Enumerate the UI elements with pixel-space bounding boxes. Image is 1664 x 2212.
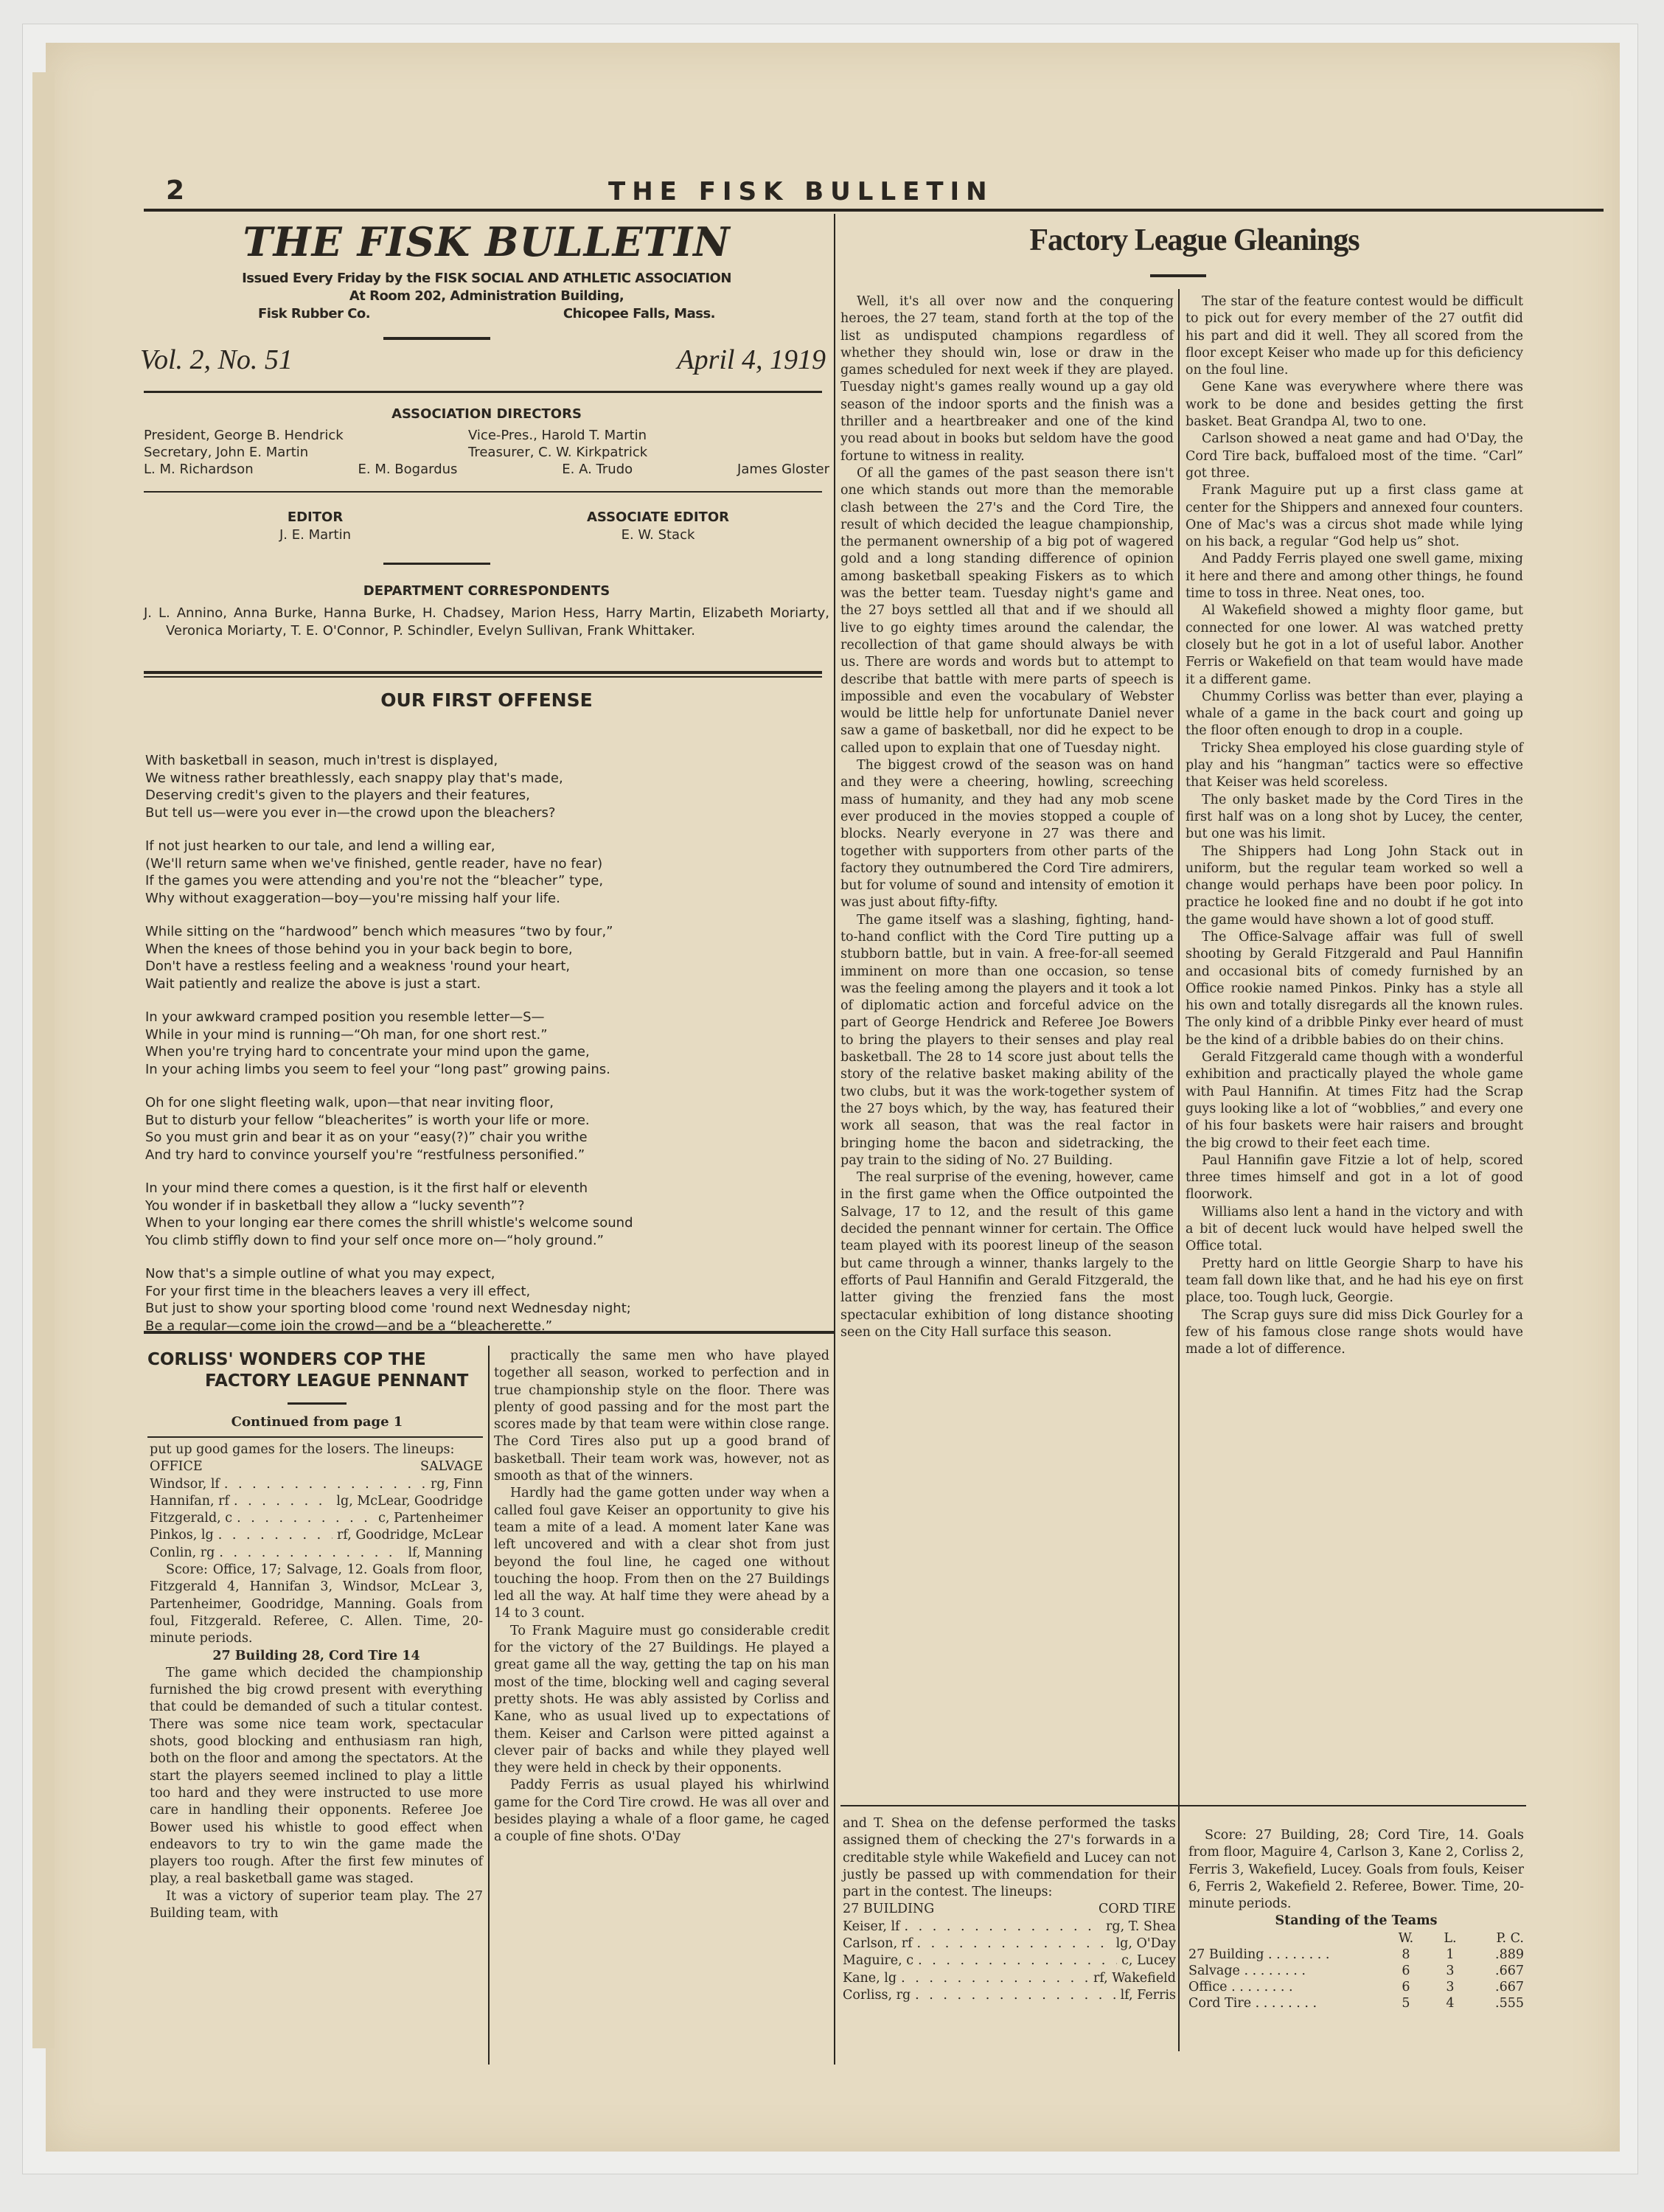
article-paragraph: Al Wakefield showed a mighty floor game,… — [1186, 602, 1523, 688]
player-right: rf, Goodridge, McLear — [337, 1527, 483, 1544]
poem-line: Deserving credit's given to the players … — [145, 787, 831, 804]
standings-row: Salvage . . . . . . . .63.667 — [1188, 1963, 1524, 1979]
directors-heading: ASSOCIATION DIRECTORS — [144, 406, 829, 422]
article-paragraph: Gene Kane was everywhere where there was… — [1186, 379, 1523, 431]
lineup-row: Pinkos, lg. . . . . . . . . . . . . . . … — [150, 1527, 483, 1544]
article-column-4: Score: 27 Building, 28; Cord Tire, 14. G… — [1188, 1827, 1524, 2011]
player-left: Pinkos, lg — [150, 1527, 214, 1544]
player-left: Fitzgerald, c — [150, 1510, 232, 1527]
running-title: THE FISK BULLETIN — [608, 177, 994, 206]
leader-dots: . . . . . . . . . . . . . . . . . . . . … — [915, 1987, 1115, 2004]
col-header: L. — [1428, 1930, 1472, 1947]
article-paragraph: To Frank Maguire must go considerable cr… — [494, 1623, 829, 1778]
article-paragraph: The game itself was a slashing, fighting… — [840, 912, 1174, 1169]
article-paragraph: It was a victory of superior team play. … — [150, 1888, 483, 1923]
leader-dots: . . . . . . . . . . . . . . . . . . . . … — [901, 1970, 1089, 1987]
poem-stanza: In your awkward cramped position you res… — [145, 1009, 831, 1078]
masthead-title: THE FISK BULLETIN — [144, 218, 829, 265]
poem-line: But to disturb your fellow “bleacherites… — [145, 1112, 831, 1130]
col-header: P. C. — [1472, 1930, 1524, 1947]
player-right: rg, Finn — [431, 1476, 483, 1493]
poem-line: When to your longing ear there comes the… — [145, 1214, 831, 1232]
headline-line: FACTORY LEAGUE PENNANT — [147, 1371, 487, 1392]
lineup-header: 27 BUILDINGCORD TIRE — [843, 1901, 1176, 1918]
team-name: SALVAGE — [420, 1458, 483, 1475]
article-paragraph: Pretty hard on little Georgie Sharp to h… — [1186, 1256, 1523, 1307]
team-name: 27 BUILDING — [843, 1901, 934, 1918]
losses: 3 — [1428, 1979, 1472, 1995]
player-right: rf, Wakefield — [1093, 1970, 1176, 1987]
team-name: Salvage . . . . . . . . — [1188, 1963, 1384, 1979]
continued-note: Continued from page 1 — [147, 1414, 487, 1430]
player-right: lg, McLear, Goodridge — [336, 1493, 483, 1510]
location: Chicopee Falls, Mass. — [563, 305, 715, 323]
player-left: Maguire, c — [843, 1952, 913, 1969]
article-paragraph: The Scrap guys sure did miss Dick Gourle… — [1186, 1307, 1523, 1359]
losses: 1 — [1428, 1947, 1472, 1963]
lineup-row: Carlson, rf. . . . . . . . . . . . . . .… — [843, 1935, 1176, 1952]
section-rule-thick — [144, 671, 822, 674]
director: Treasurer, C. W. Kirkpatrick — [468, 444, 822, 461]
poem-line: And try hard to convince yourself you're… — [145, 1147, 831, 1164]
lineup-row: Kane, lg. . . . . . . . . . . . . . . . … — [843, 1970, 1176, 1987]
poem-line: So you must grin and bear it as on your … — [145, 1129, 831, 1147]
team-name: OFFICE — [150, 1458, 203, 1475]
header-rule — [144, 209, 1604, 212]
article-paragraph: The only basket made by the Cord Tires i… — [1186, 792, 1523, 844]
gleanings-bottom-rule — [840, 1805, 1526, 1806]
address-line: At Room 202, Administration Building, — [140, 288, 833, 305]
poem-title: OUR FIRST OFFENSE — [144, 689, 829, 711]
standings-title: Standing of the Teams — [1188, 1913, 1524, 1930]
wins: 5 — [1384, 1995, 1428, 2011]
poem-stanza: With basketball in season, much in'trest… — [145, 752, 831, 821]
section-rule-thin — [144, 676, 822, 678]
score-summary: Score: Office, 17; Salvage, 12. Goals fr… — [150, 1562, 483, 1647]
article-paragraph: The biggest crowd of the season was on h… — [840, 757, 1174, 912]
page-edge — [32, 72, 55, 2048]
poem-stanza: In your mind there comes a question, is … — [145, 1180, 831, 1249]
editor-name: J. E. Martin — [279, 527, 351, 543]
article-column-3: and T. Shea on the defense performed the… — [843, 1815, 1176, 2004]
article-paragraph: Chummy Corliss was better than ever, pla… — [1186, 689, 1523, 740]
leader-dots: . . . . . . . . . . . . . . . . . . . . … — [917, 1935, 1112, 1952]
wins: 6 — [1384, 1963, 1428, 1979]
lineup-row: Keiser, lf. . . . . . . . . . . . . . . … — [843, 1919, 1176, 1935]
gleanings-column-b: The star of the feature contest would be… — [1186, 293, 1523, 1358]
poem-line: But just to show your sporting blood com… — [145, 1300, 831, 1318]
lineup-office-salvage: OFFICESALVAGEWindsor, lf. . . . . . . . … — [150, 1458, 483, 1562]
wins: 6 — [1384, 1979, 1428, 1995]
gleanings-divider — [1150, 274, 1206, 277]
poem-line: We witness rather breathlessly, each sna… — [145, 770, 831, 787]
standings-row: Office . . . . . . . .63.667 — [1188, 1979, 1524, 1995]
correspondents-names: J. L. Annino, Anna Burke, Hanna Burke, H… — [144, 605, 829, 640]
team-name: CORD TIRE — [1099, 1901, 1176, 1918]
player-left: Keiser, lf — [843, 1919, 900, 1935]
running-head: 2 THE FISK BULLETIN — [166, 175, 1220, 212]
poem-line: If not just hearken to our tale, and len… — [145, 838, 831, 855]
player-left: Windsor, lf — [150, 1476, 220, 1493]
company-name: Fisk Rubber Co. — [258, 305, 370, 323]
page-number: 2 — [166, 175, 184, 206]
poem-bottom-rule — [144, 1331, 835, 1334]
poem-stanza: Oh for one slight fleeting walk, upon—th… — [145, 1094, 831, 1164]
poem-body: With basketball in season, much in'trest… — [145, 752, 831, 1351]
directors-rule — [144, 491, 822, 493]
article-text: and T. Shea on the defense performed the… — [843, 1815, 1176, 1901]
player-left: Corliss, rg — [843, 1987, 911, 2004]
standings-row: Cord Tire . . . . . . . .54.555 — [1188, 1995, 1524, 2011]
leader-dots: . . . . . . . . . . . . . . . . . . . . … — [234, 1493, 332, 1510]
percentage: .555 — [1472, 1995, 1524, 2011]
director: Secretary, John E. Martin — [144, 444, 468, 461]
team-name: Cord Tire . . . . . . . . — [1188, 1995, 1384, 2011]
gleanings-column-a: Well, it's all over now and the conqueri… — [840, 293, 1174, 1341]
lineup-row: Corliss, rg. . . . . . . . . . . . . . .… — [843, 1987, 1176, 2004]
player-right: lf, Manning — [408, 1545, 483, 1562]
director: Vice-Pres., Harold T. Martin — [468, 427, 822, 444]
poem-line: Oh for one slight fleeting walk, upon—th… — [145, 1094, 831, 1112]
poem-line: When the knees of those behind you in yo… — [145, 941, 831, 959]
poem-line: While in your mind is running—“Oh man, f… — [145, 1026, 831, 1044]
article-paragraph: Paddy Ferris as usual played his whirlwi… — [494, 1777, 829, 1846]
poem-line: When you're trying hard to concentrate y… — [145, 1043, 831, 1061]
team-name: 27 Building . . . . . . . . — [1188, 1947, 1384, 1963]
losses: 4 — [1428, 1995, 1472, 2011]
poem-line: But tell us—were you ever in—the crowd u… — [145, 804, 831, 822]
poem-line: Now that's a simple outline of what you … — [145, 1265, 831, 1283]
poem-line: In your awkward cramped position you res… — [145, 1009, 831, 1026]
percentage: .667 — [1472, 1979, 1524, 1995]
poem-line: Why without exaggeration—boy—you're miss… — [145, 890, 831, 908]
player-right: rg, T. Shea — [1106, 1919, 1176, 1935]
column-rule — [488, 1346, 490, 2065]
poem-line: With basketball in season, much in'trest… — [145, 752, 831, 770]
player-left: Carlson, rf — [843, 1935, 913, 1952]
issue-date: April 4, 1919 — [677, 344, 826, 376]
masthead-subtitle: Issued Every Friday by the FISK SOCIAL A… — [140, 270, 833, 323]
poem-line: (We'll return same when we've finished, … — [145, 855, 831, 873]
lineup-row: Maguire, c. . . . . . . . . . . . . . . … — [843, 1952, 1176, 1969]
leader-dots: . . . . . . . . . . . . . . . . . . . . … — [219, 1545, 403, 1562]
article-headline: CORLISS' WONDERS COP THE FACTORY LEAGUE … — [147, 1349, 487, 1392]
volume-line: Vol. 2, No. 51 April 4, 1919 — [140, 344, 826, 376]
score-summary: Score: 27 Building, 28; Cord Tire, 14. G… — [1188, 1827, 1524, 1913]
continued-rule — [147, 1436, 483, 1438]
percentage: .667 — [1472, 1963, 1524, 1979]
poem-line: For your first time in the bleachers lea… — [145, 1283, 831, 1301]
article-column-2: practically the same men who have played… — [494, 1348, 829, 1846]
article-paragraph: Tricky Shea employed his close guarding … — [1186, 740, 1523, 792]
player-right: c, Partenheimer — [378, 1510, 483, 1527]
associate-editor-label: ASSOCIATE EDITOR — [587, 509, 729, 525]
article-text: put up good games for the losers. The li… — [150, 1441, 483, 1458]
volume-number: Vol. 2, No. 51 — [140, 344, 293, 376]
player-left: Conlin, rg — [150, 1545, 215, 1562]
association-directors: ASSOCIATION DIRECTORS President, George … — [144, 406, 829, 478]
leader-dots: . . . . . . . . . . . . . . . . . . . . … — [224, 1476, 426, 1493]
leader-dots: . . . . . . . . . . . . . . . . . . . . … — [218, 1527, 333, 1544]
article-paragraph: And Paddy Ferris played one swell game, … — [1186, 551, 1523, 602]
headline-divider — [288, 1402, 347, 1405]
poem-stanza: While sitting on the “hardwood” bench wh… — [145, 923, 831, 992]
article-paragraph: The Shippers had Long John Stack out in … — [1186, 844, 1523, 929]
editors-divider — [383, 563, 490, 565]
poem-stanza: If not just hearken to our tale, and len… — [145, 838, 831, 907]
poem-line: While sitting on the “hardwood” bench wh… — [145, 923, 831, 941]
game-subhead: 27 Building 28, Cord Tire 14 — [150, 1648, 483, 1665]
article-paragraph: practically the same men who have played… — [494, 1348, 829, 1485]
masthead-divider — [383, 337, 490, 340]
poem-line: Wait patiently and realize the above is … — [145, 975, 831, 993]
standings-header-row: W.L.P. C. — [1188, 1930, 1524, 1947]
gleanings-column-rule — [1178, 289, 1180, 2051]
standings-row: 27 Building . . . . . . . .81.889 — [1188, 1947, 1524, 1963]
percentage: .889 — [1472, 1947, 1524, 1963]
article-paragraph: Carlson showed a neat game and had O'Day… — [1186, 431, 1523, 482]
poem-line: You climb stiffly down to find your self… — [145, 1232, 831, 1250]
leader-dots: . . . . . . . . . . . . . . . . . . . . … — [237, 1510, 374, 1527]
headline-line: CORLISS' WONDERS COP THE — [147, 1349, 487, 1371]
associate-editor-name: E. W. Stack — [622, 527, 695, 543]
article-paragraph: Hardly had the game gotten under way whe… — [494, 1485, 829, 1622]
poem-stanza: Now that's a simple outline of what you … — [145, 1265, 831, 1335]
article-paragraph: Williams also lent a hand in the victory… — [1186, 1204, 1523, 1256]
article-paragraph: Frank Maguire put up a first class game … — [1186, 482, 1523, 551]
leader-dots: . . . . . . . . . . . . . . . . . . . . … — [918, 1952, 1117, 1969]
article-paragraph: The star of the feature contest would be… — [1186, 293, 1523, 379]
poem-line: In your aching limbs you seem to feel yo… — [145, 1061, 831, 1079]
article-paragraph: The game which decided the championship … — [150, 1665, 483, 1888]
director: James Gloster — [737, 461, 829, 478]
article-paragraph: Well, it's all over now and the conqueri… — [840, 293, 1174, 465]
lineup-header: OFFICESALVAGE — [150, 1458, 483, 1475]
article-paragraph: The Office-Salvage affair was full of sw… — [1186, 929, 1523, 1049]
blank-cell — [1188, 1930, 1384, 1947]
gleanings-title: Factory League Gleanings — [852, 223, 1537, 258]
director: L. M. Richardson — [144, 461, 254, 478]
poem-line: Don't have a restless feeling and a weak… — [145, 958, 831, 975]
center-column-rule — [834, 214, 835, 2065]
lineup-row: Fitzgerald, c. . . . . . . . . . . . . .… — [150, 1510, 483, 1527]
col-header: W. — [1384, 1930, 1428, 1947]
player-right: lg, O'Day — [1116, 1935, 1176, 1952]
editors: EDITORJ. E. Martin ASSOCIATE EDITORE. W.… — [144, 509, 829, 544]
losses: 3 — [1428, 1963, 1472, 1979]
poem-line: If the games you were attending and you'… — [145, 872, 831, 890]
issued-line: Issued Every Friday by the FISK SOCIAL A… — [140, 270, 833, 288]
editor-label: EDITOR — [288, 509, 343, 525]
player-right: c, Lucey — [1121, 1952, 1176, 1969]
correspondents-heading: DEPARTMENT CORRESPONDENTS — [144, 582, 829, 600]
article-paragraph: The real surprise of the evening, howeve… — [840, 1169, 1174, 1341]
wins: 8 — [1384, 1947, 1428, 1963]
director: E. M. Bogardus — [358, 461, 458, 478]
lineup-row: Conlin, rg. . . . . . . . . . . . . . . … — [150, 1545, 483, 1562]
player-right: lf, Ferris — [1121, 1987, 1176, 2004]
standings-table: W.L.P. C.27 Building . . . . . . . .81.8… — [1188, 1930, 1524, 2011]
player-left: Hannifan, rf — [150, 1493, 229, 1510]
volume-rule — [144, 391, 822, 393]
article-paragraph: Of all the games of the past season ther… — [840, 465, 1174, 757]
director: E. A. Trudo — [562, 461, 633, 478]
poem-line: You wonder if in basketball they allow a… — [145, 1197, 831, 1215]
article-paragraph: Gerald Fitzgerald came though with a won… — [1186, 1049, 1523, 1152]
article-column-1: put up good games for the losers. The li… — [150, 1441, 483, 1922]
lineup-row: Windsor, lf. . . . . . . . . . . . . . .… — [150, 1476, 483, 1493]
lineup-row: Hannifan, rf. . . . . . . . . . . . . . … — [150, 1493, 483, 1510]
lineup-27-cordtire: 27 BUILDINGCORD TIREKeiser, lf. . . . . … — [843, 1901, 1176, 2004]
department-correspondents: DEPARTMENT CORRESPONDENTS J. L. Annino, … — [144, 582, 829, 640]
leader-dots: . . . . . . . . . . . . . . . . . . . . … — [905, 1919, 1101, 1935]
article-paragraph: Paul Hannifin gave Fitzie a lot of help,… — [1186, 1152, 1523, 1204]
director: President, George B. Hendrick — [144, 427, 468, 444]
team-name: Office . . . . . . . . — [1188, 1979, 1384, 1995]
poem-line: In your mind there comes a question, is … — [145, 1180, 831, 1197]
player-left: Kane, lg — [843, 1970, 897, 1987]
